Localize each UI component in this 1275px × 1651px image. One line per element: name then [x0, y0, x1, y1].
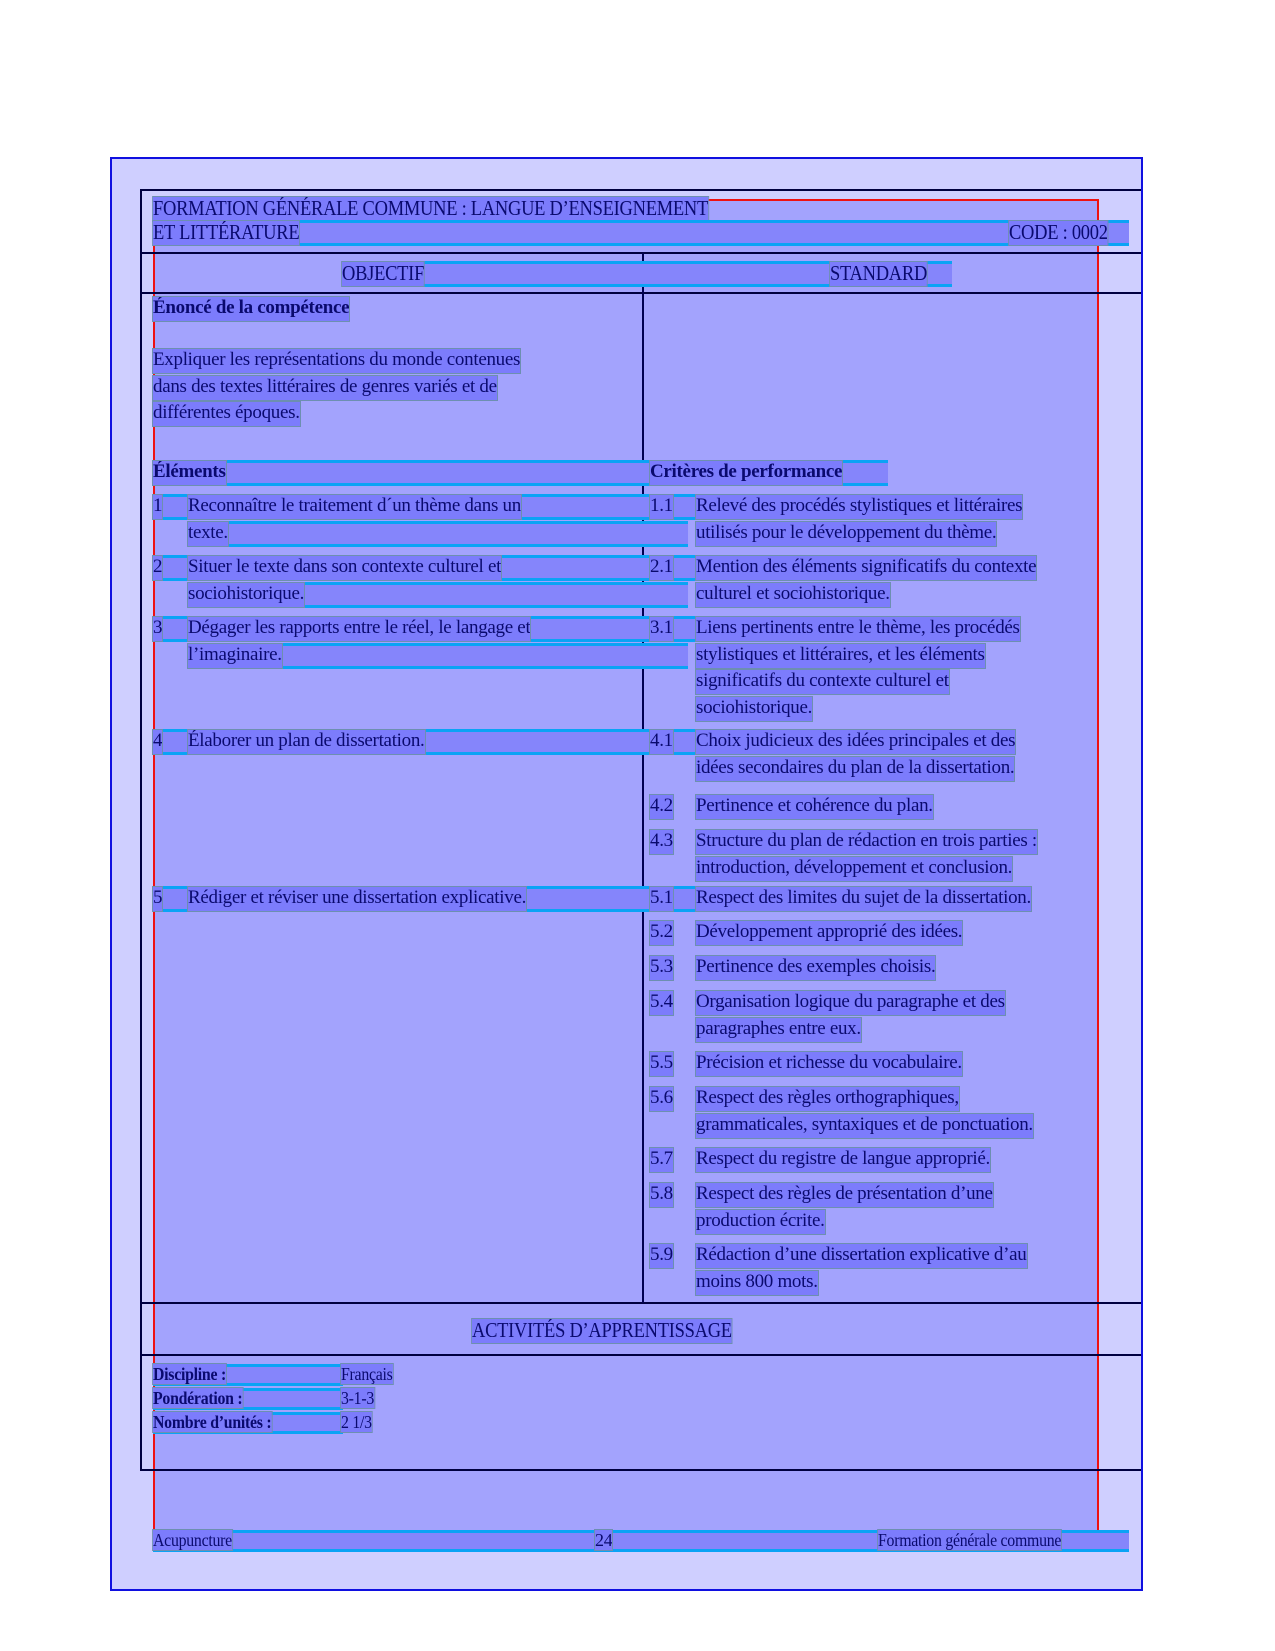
document-title-line2: ET LITTÉRATURE [153, 221, 299, 245]
criterion-text: production écrite. [696, 1210, 825, 1234]
criterion-number: 5.1 [650, 887, 673, 911]
rule-below-activities [140, 1354, 1141, 1356]
rule-above-activities [140, 1302, 1141, 1304]
page-number: 24 [595, 1530, 612, 1550]
footer-right: Formation générale commune [878, 1530, 1061, 1550]
competence-line: dans des textes littéraires de genres va… [153, 376, 497, 400]
activities-heading: ACTIVITÉS D’APPRENTISSAGE [472, 1319, 732, 1343]
activity-value: Français [341, 1364, 393, 1384]
criterion-text: moins 800 mots. [696, 1271, 818, 1295]
criterion-number: 5.6 [650, 1087, 673, 1111]
criterion-number: 3.1 [650, 617, 673, 641]
element-text: texte. [188, 522, 228, 546]
course-code: CODE : 0002 [1009, 221, 1108, 245]
competence-heading: Énoncé de la compétence [153, 297, 349, 321]
activity-label: Discipline : [153, 1364, 226, 1384]
criterion-text: utilisés pour le développement du thème. [696, 522, 996, 546]
criterion-number: 5.5 [650, 1052, 673, 1076]
document-title-line1: FORMATION GÉNÉRALE COMMUNE : LANGUE D’EN… [153, 197, 708, 221]
criterion-number: 5.8 [650, 1183, 673, 1207]
activity-label: Nombre d’unités : [153, 1412, 271, 1432]
criteria-heading: Critères de performance [650, 461, 842, 485]
element-number: 1 [153, 495, 162, 519]
criterion-number: 5.3 [650, 956, 673, 980]
criterion-text: Pertinence des exemples choisis. [696, 956, 935, 980]
criterion-text: introduction, développement et conclusio… [696, 857, 1012, 881]
element-text: Élaborer un plan de dissertation. [188, 730, 425, 754]
criterion-text: stylistiques et littéraires, et les élém… [696, 644, 985, 668]
criterion-number: 4.1 [650, 730, 673, 754]
element-number: 2 [153, 556, 162, 580]
activity-value: 3-1-3 [341, 1388, 374, 1408]
rule-below-columns [140, 292, 1141, 294]
criterion-text: Choix judicieux des idées principales et… [696, 730, 1015, 754]
elements-heading: Éléments [153, 461, 226, 485]
criterion-number: 5.9 [650, 1244, 673, 1268]
activity-label: Pondération : [153, 1388, 242, 1408]
criterion-text: Respect des règles de présentation d’une [696, 1183, 993, 1207]
criterion-number: 2.1 [650, 556, 673, 580]
element-text: sociohistorique. [188, 583, 304, 607]
criterion-number: 5.2 [650, 921, 673, 945]
column-header-standard: STANDARD [830, 262, 927, 286]
competence-line: différentes époques. [153, 402, 300, 426]
rule-below-title [140, 252, 1141, 254]
criterion-number: 5.4 [650, 991, 673, 1015]
criterion-number: 1.1 [650, 495, 673, 519]
criterion-text: Rédaction d’une dissertation explicative… [696, 1244, 1027, 1268]
element-number: 3 [153, 617, 162, 641]
element-number: 5 [153, 887, 162, 911]
element-text: Reconnaître le traitement d´un thème dan… [188, 495, 521, 519]
criterion-text: sociohistorique. [696, 697, 812, 721]
element-band [188, 521, 688, 547]
criterion-text: Liens pertinents entre le thème, les pro… [696, 617, 1020, 641]
criterion-text: Respect des règles orthographiques, [696, 1087, 959, 1111]
title-line2-band [153, 220, 1129, 246]
criterion-number: 4.2 [650, 795, 673, 819]
element-number: 4 [153, 730, 162, 754]
criterion-text: idées secondaires du plan de la disserta… [696, 757, 1014, 781]
element-text: Situer le texte dans son contexte cultur… [188, 556, 501, 580]
criterion-text: Organisation logique du paragraphe et de… [696, 991, 1005, 1015]
criterion-number: 4.3 [650, 830, 673, 854]
competence-line: Expliquer les représentations du monde c… [153, 349, 520, 373]
column-divider [642, 253, 644, 1303]
criterion-text: Précision et richesse du vocabulaire. [696, 1052, 962, 1076]
criterion-text: Relevé des procédés stylistiques et litt… [696, 495, 1022, 519]
criterion-text: Respect du registre de langue approprié. [696, 1148, 990, 1172]
criterion-text: Structure du plan de rédaction en trois … [696, 830, 1037, 854]
criterion-text: Respect des limites du sujet de la disse… [696, 887, 1031, 911]
criterion-text: Pertinence et cohérence du plan. [696, 795, 933, 819]
criterion-text: culturel et sociohistorique. [696, 583, 890, 607]
element-text: l’imaginaire. [188, 644, 282, 668]
criterion-text: paragraphes entre eux. [696, 1018, 861, 1042]
element-text: Rédiger et réviser une dissertation expl… [188, 887, 526, 911]
criterion-text: Mention des éléments significatifs du co… [696, 556, 1036, 580]
activity-value: 2 1/3 [341, 1412, 372, 1432]
criterion-text: Développement approprié des idées. [696, 921, 962, 945]
footer-left: Acupuncture [153, 1530, 232, 1550]
criterion-text: grammaticales, syntaxiques et de ponctua… [696, 1114, 1033, 1138]
element-text: Dégager les rapports entre le réel, le l… [188, 617, 530, 641]
column-header-objectif: OBJECTIF [342, 262, 424, 286]
criterion-text: significatifs du contexte culturel et [696, 670, 949, 694]
criterion-number: 5.7 [650, 1148, 673, 1172]
